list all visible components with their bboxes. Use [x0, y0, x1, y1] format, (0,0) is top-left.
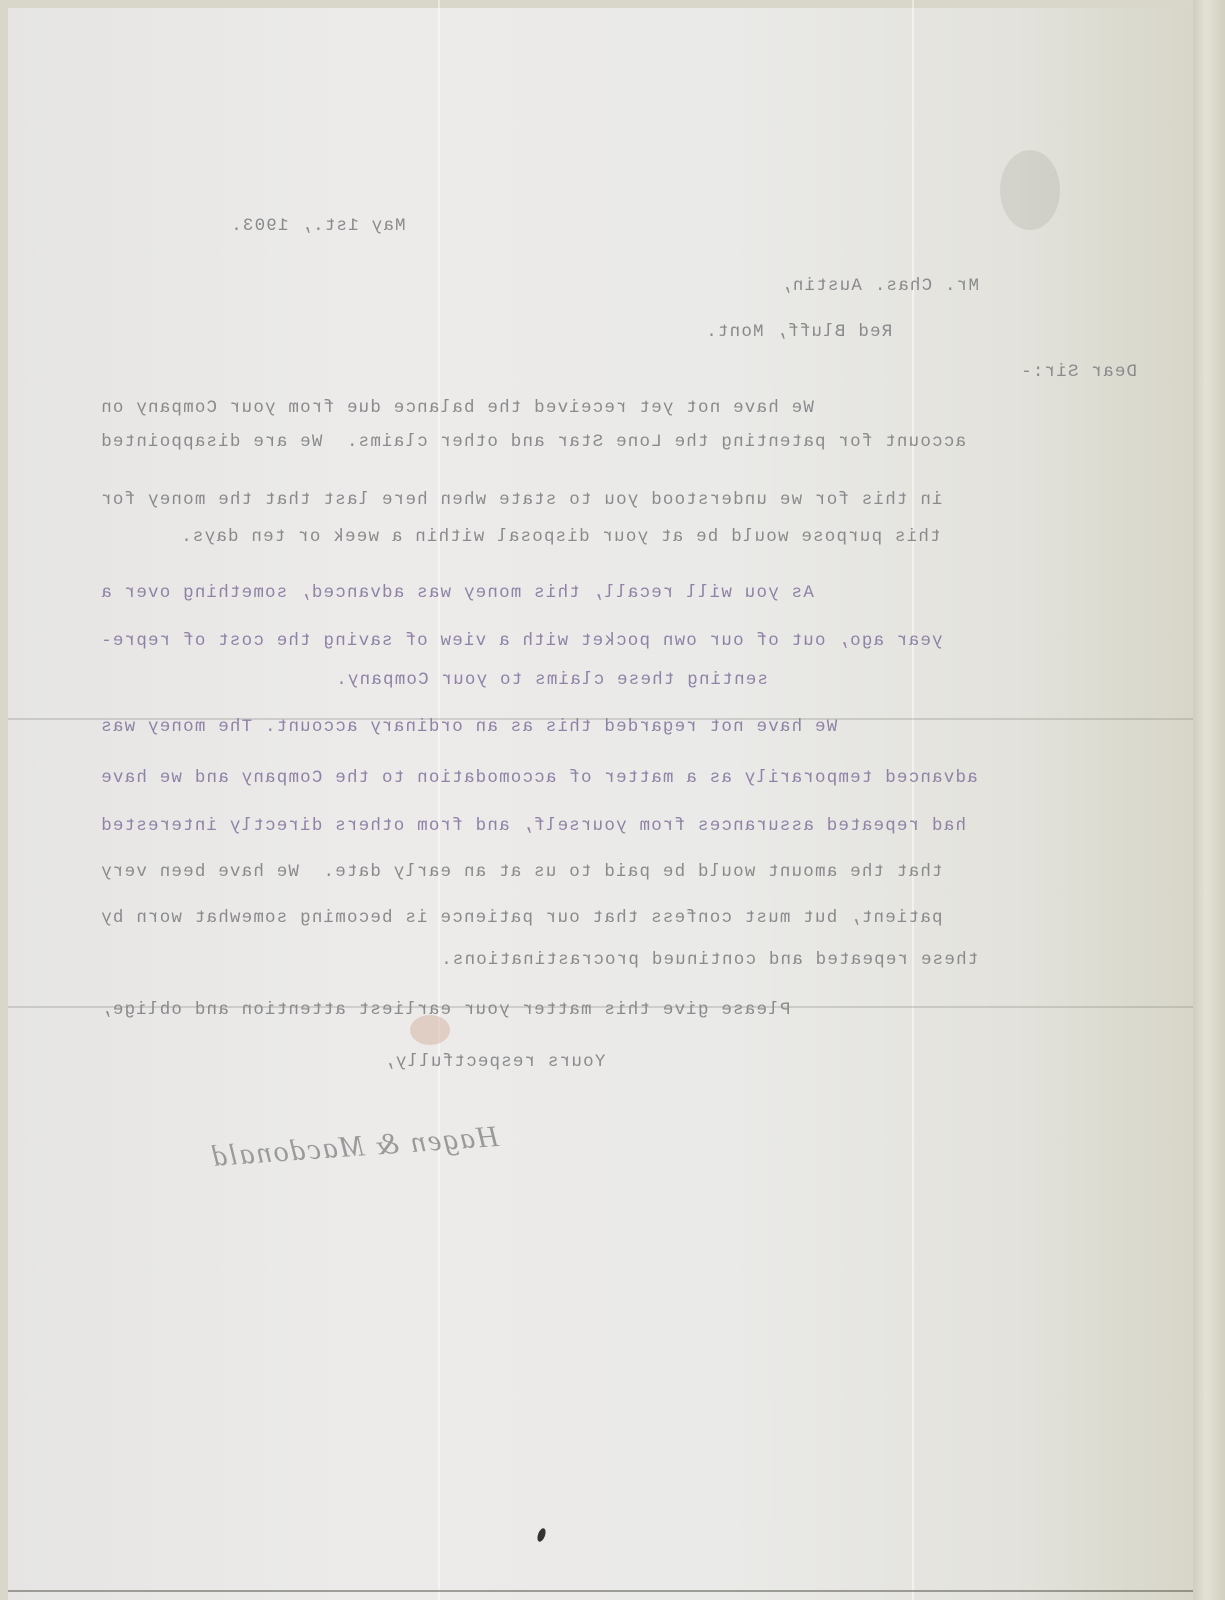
body-line: in this for we understood you to state w…	[100, 490, 943, 510]
recipient-name: Mr. Chas. Austin,	[780, 276, 979, 296]
background-edge	[1193, 0, 1225, 1600]
letter-date: May 1st., 1903.	[230, 216, 406, 236]
body-line: year ago, out of our own pocket with a v…	[100, 631, 943, 651]
body-line: this purpose would be at your disposal w…	[180, 527, 941, 547]
recipient-address: Red Bluff, Mont.	[705, 322, 892, 342]
body-line: these repeated and continued procrastina…	[440, 950, 978, 970]
paper-fold	[912, 0, 914, 1600]
body-line: As you will recall, this money was advan…	[100, 583, 814, 603]
paper-fold	[438, 0, 440, 1600]
body-line: advanced temporarily as a matter of acco…	[100, 768, 978, 788]
body-line: had repeated assurances from yourself, a…	[100, 816, 966, 836]
body-line: account for patenting the Lone Star and …	[100, 432, 966, 452]
paper-bottom-edge	[8, 1590, 1193, 1592]
body-line: We have not yet received the balance due…	[100, 398, 814, 418]
body-line: We have not regarded this as an ordinary…	[100, 717, 837, 737]
salutation: Dear Sir:-	[1020, 362, 1137, 382]
body-line: senting these claims to your Company.	[335, 670, 768, 690]
body-line: patient, but must confess that our patie…	[100, 908, 943, 928]
body-line: Please give this matter your earliest at…	[100, 1000, 790, 1020]
closing: Yours respectfully,	[383, 1052, 605, 1072]
smudge	[1000, 150, 1060, 230]
letter-paper	[8, 8, 1193, 1600]
body-line: that the amount would be paid to us at a…	[100, 862, 943, 882]
